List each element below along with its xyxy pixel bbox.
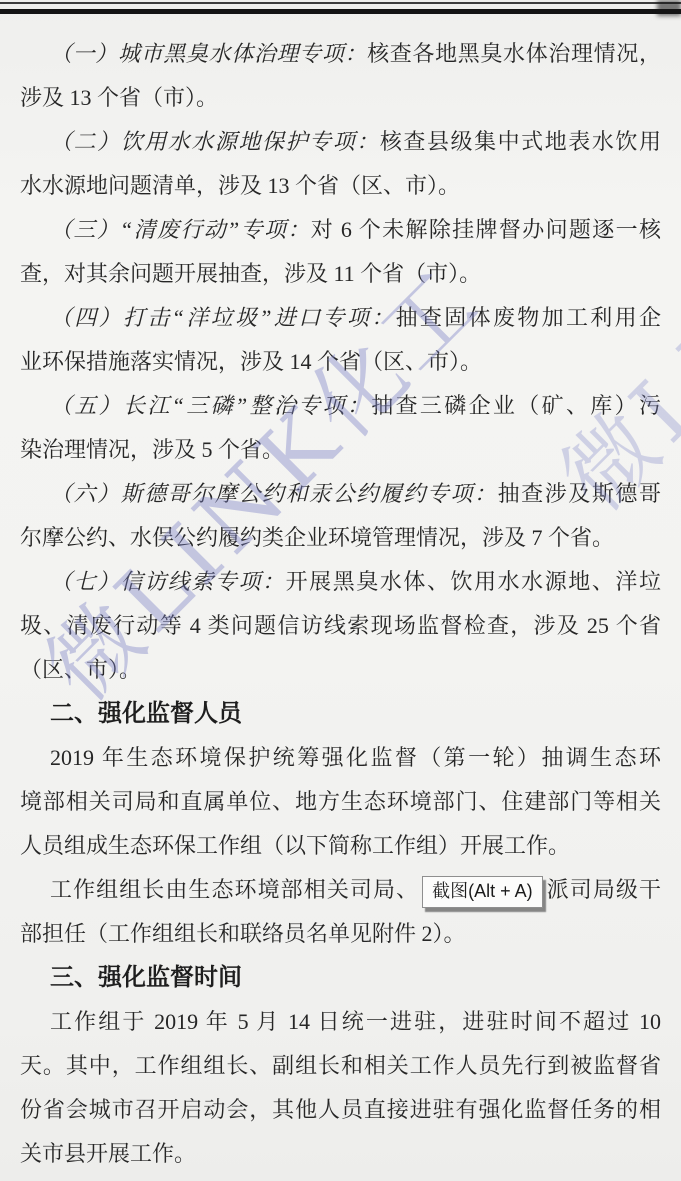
text-run: 业环保措施落实情况，涉及 14 个省（区、市）。 <box>20 349 482 374</box>
section-heading: 三、强化监督时间 <box>20 956 661 1000</box>
letterhead-rule-thick <box>0 9 681 14</box>
text-line: 境部相关司局和直属单位、地方生态环境部门、住建部门等相关 <box>20 780 661 824</box>
text-line: 部担任（工作组组长和联络员名单见附件 2）。 <box>20 912 661 956</box>
text-line: （二）饮用水水源地保护专项：核查县级集中式地表水饮用 <box>20 120 661 164</box>
text-run: 核查各地黑臭水体治理情况， <box>367 41 661 66</box>
text-run: 工作组组长由生态环境部相关司局、 <box>50 877 419 902</box>
text-line: （三）“清废行动”专项：对 6 个未解除挂牌督办问题逐一核 <box>20 208 661 252</box>
text-run: 染治理情况，涉及 5 个省。 <box>20 437 284 462</box>
text-line: 圾、清废行动等 4 类问题信访线索现场监督检查，涉及 25 个省 <box>20 604 661 648</box>
text-run: （区、市）。 <box>20 657 141 682</box>
text-line: （四）打击“洋垃圾”进口专项：抽查固体废物加工利用企 <box>20 296 661 340</box>
text-run: （六）斯德哥尔摩公约和汞公约履约专项： <box>50 481 498 506</box>
text-run: 查，对其余问题开展抽查，涉及 11 个省（市）。 <box>20 261 481 286</box>
text-run: 抽查涉及斯德哥 <box>498 481 661 506</box>
section-heading: 二、强化监督人员 <box>20 692 661 736</box>
screenshot-tooltip: 截图(Alt + A) <box>422 876 543 908</box>
text-line: 水水源地问题清单，涉及 13 个省（区、市）。 <box>20 164 661 208</box>
text-run: 涉及 13 个省（市）。 <box>20 85 218 110</box>
text-run: （三）“清废行动”专项： <box>50 217 311 242</box>
text-run: 份省会城市召开启动会，其他人员直接进驻有强化监督任务的相 <box>20 1097 661 1122</box>
text-run: 开展黑臭水体、饮用水水源地、洋垃 <box>286 569 661 594</box>
letterhead-rule-thin <box>0 2 681 4</box>
text-run: （五）长江“三磷”整治专项： <box>50 393 371 418</box>
text-line: 查，对其余问题开展抽查，涉及 11 个省（市）。 <box>20 252 661 296</box>
text-run: 对 6 个未解除挂牌督办问题逐一核 <box>311 217 661 242</box>
text-run: 关市县开展工作。 <box>20 1141 196 1166</box>
text-run: 部担任（工作组组长和联络员名单见附件 2）。 <box>20 921 466 946</box>
text-run: （四）打击“洋垃圾”进口专项： <box>50 305 396 330</box>
text-line: 染治理情况，涉及 5 个省。 <box>20 428 661 472</box>
text-run: （一）城市黑臭水体治理专项： <box>50 41 367 66</box>
text-run: 抽查三磷企业（矿、库）污 <box>371 393 661 418</box>
text-run: 核查县级集中式地表水饮用 <box>380 129 661 154</box>
text-line: （六）斯德哥尔摩公约和汞公约履约专项：抽查涉及斯德哥 <box>20 472 661 516</box>
text-run: 2019 年生态环境保护统筹强化监督（第一轮）抽调生态环 <box>50 745 661 770</box>
text-line: 工作组组长由生态环境部相关司局、截图(Alt + A)派司局级干 <box>20 868 661 912</box>
text-run: 尔摩公约、水俣公约履约类企业环境管理情况，涉及 7 个省。 <box>20 525 614 550</box>
text-line: 涉及 13 个省（市）。 <box>20 76 661 120</box>
text-run: 派司局级干 <box>546 877 661 902</box>
text-line: 人员组成生态环保工作组（以下简称工作组）开展工作。 <box>20 824 661 868</box>
scan-artifact <box>657 0 681 16</box>
text-run: （二）饮用水水源地保护专项： <box>50 129 380 154</box>
text-run: 水水源地问题清单，涉及 13 个省（区、市）。 <box>20 173 460 198</box>
text-line: 关市县开展工作。 <box>20 1132 661 1176</box>
text-line: （区、市）。 <box>20 648 661 692</box>
text-line: 2019 年生态环境保护统筹强化监督（第一轮）抽调生态环 <box>20 736 661 780</box>
text-line: （一）城市黑臭水体治理专项：核查各地黑臭水体治理情况， <box>20 32 661 76</box>
text-line: （七）信访线索专项：开展黑臭水体、饮用水水源地、洋垃 <box>20 560 661 604</box>
text-run: （七）信访线索专项： <box>50 569 286 594</box>
text-run: 工作组于 2019 年 5 月 14 日统一进驻，进驻时间不超过 10 <box>50 1009 661 1034</box>
text-line: 天。其中，工作组组长、副组长和相关工作人员先行到被监督省 <box>20 1044 661 1088</box>
text-line: 工作组于 2019 年 5 月 14 日统一进驻，进驻时间不超过 10 <box>20 1000 661 1044</box>
document-page: { "document": { "background_color": "#f3… <box>0 0 681 1181</box>
text-line: 业环保措施落实情况，涉及 14 个省（区、市）。 <box>20 340 661 384</box>
document-body: （一）城市黑臭水体治理专项：核查各地黑臭水体治理情况，涉及 13 个省（市）。（… <box>0 32 681 1176</box>
text-line: 份省会城市召开启动会，其他人员直接进驻有强化监督任务的相 <box>20 1088 661 1132</box>
text-run: 人员组成生态环保工作组（以下简称工作组）开展工作。 <box>20 833 570 858</box>
text-run: 抽查固体废物加工利用企 <box>396 305 661 330</box>
text-run: 圾、清废行动等 4 类问题信访线索现场监督检查，涉及 25 个省 <box>20 613 661 638</box>
text-run: 境部相关司局和直属单位、地方生态环境部门、住建部门等相关 <box>20 789 661 814</box>
text-run: 天。其中，工作组组长、副组长和相关工作人员先行到被监督省 <box>20 1053 661 1078</box>
text-line: 尔摩公约、水俣公约履约类企业环境管理情况，涉及 7 个省。 <box>20 516 661 560</box>
text-line: （五）长江“三磷”整治专项：抽查三磷企业（矿、库）污 <box>20 384 661 428</box>
